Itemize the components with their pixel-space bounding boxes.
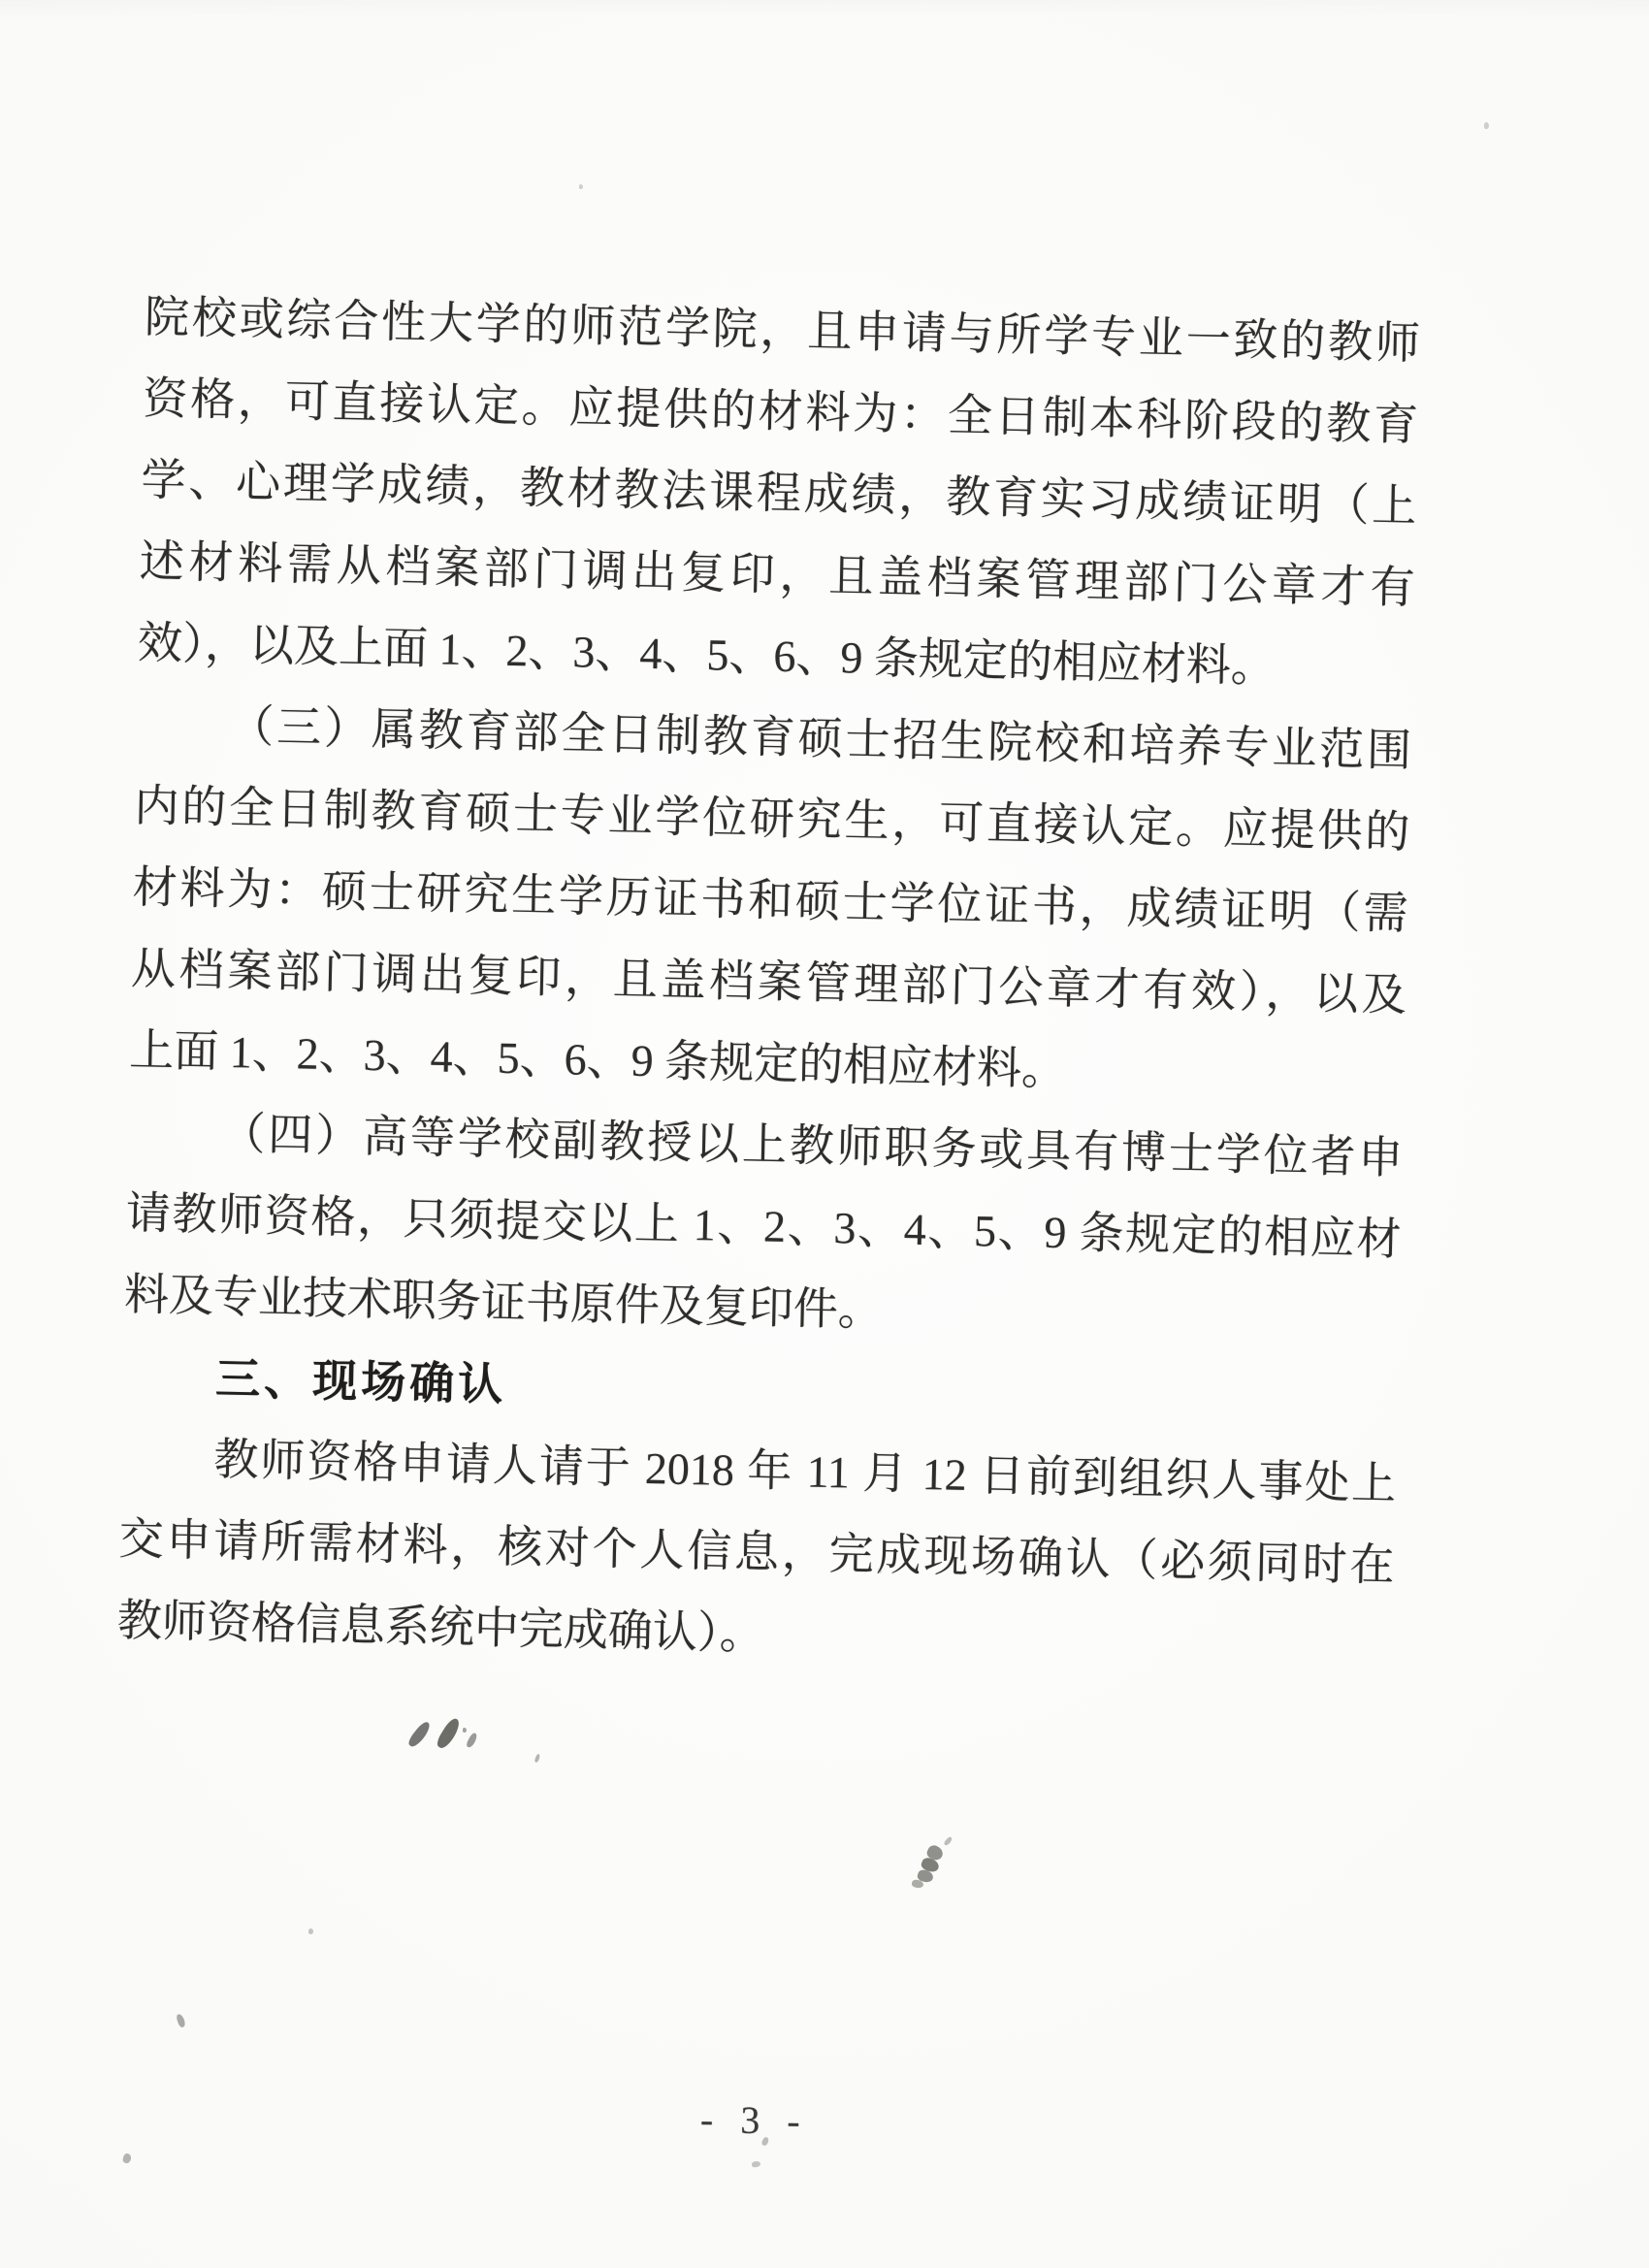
ink-smudge — [925, 1843, 945, 1862]
scanned-document-page: 院校或综合性大学的师范学院，且申请与所学专业一致的教师资格，可直接认定。应提供的… — [0, 0, 1649, 2268]
ink-smudge — [406, 1720, 433, 1749]
ink-smudge — [943, 1836, 953, 1847]
ink-smudge — [920, 1856, 940, 1873]
ink-smudge — [1484, 122, 1489, 129]
page-number: - 3 - — [700, 2096, 809, 2144]
ink-smudge — [911, 1879, 923, 1889]
ink-smudge — [463, 1728, 467, 1733]
ink-smudge — [534, 1754, 541, 1764]
ink-smudge — [752, 2160, 761, 2167]
ink-smudge — [176, 2013, 186, 2028]
ink-smudge — [122, 2153, 132, 2164]
document-text-block: 院校或综合性大学的师范学院，且申请与所学专业一致的教师资格，可直接认定。应提供的… — [116, 276, 1421, 1688]
ink-smudge — [308, 1928, 313, 1934]
ink-smudge — [579, 184, 583, 189]
ink-smudge — [466, 1732, 479, 1748]
ink-smudge — [917, 1868, 935, 1884]
ink-smudge — [435, 1716, 463, 1751]
